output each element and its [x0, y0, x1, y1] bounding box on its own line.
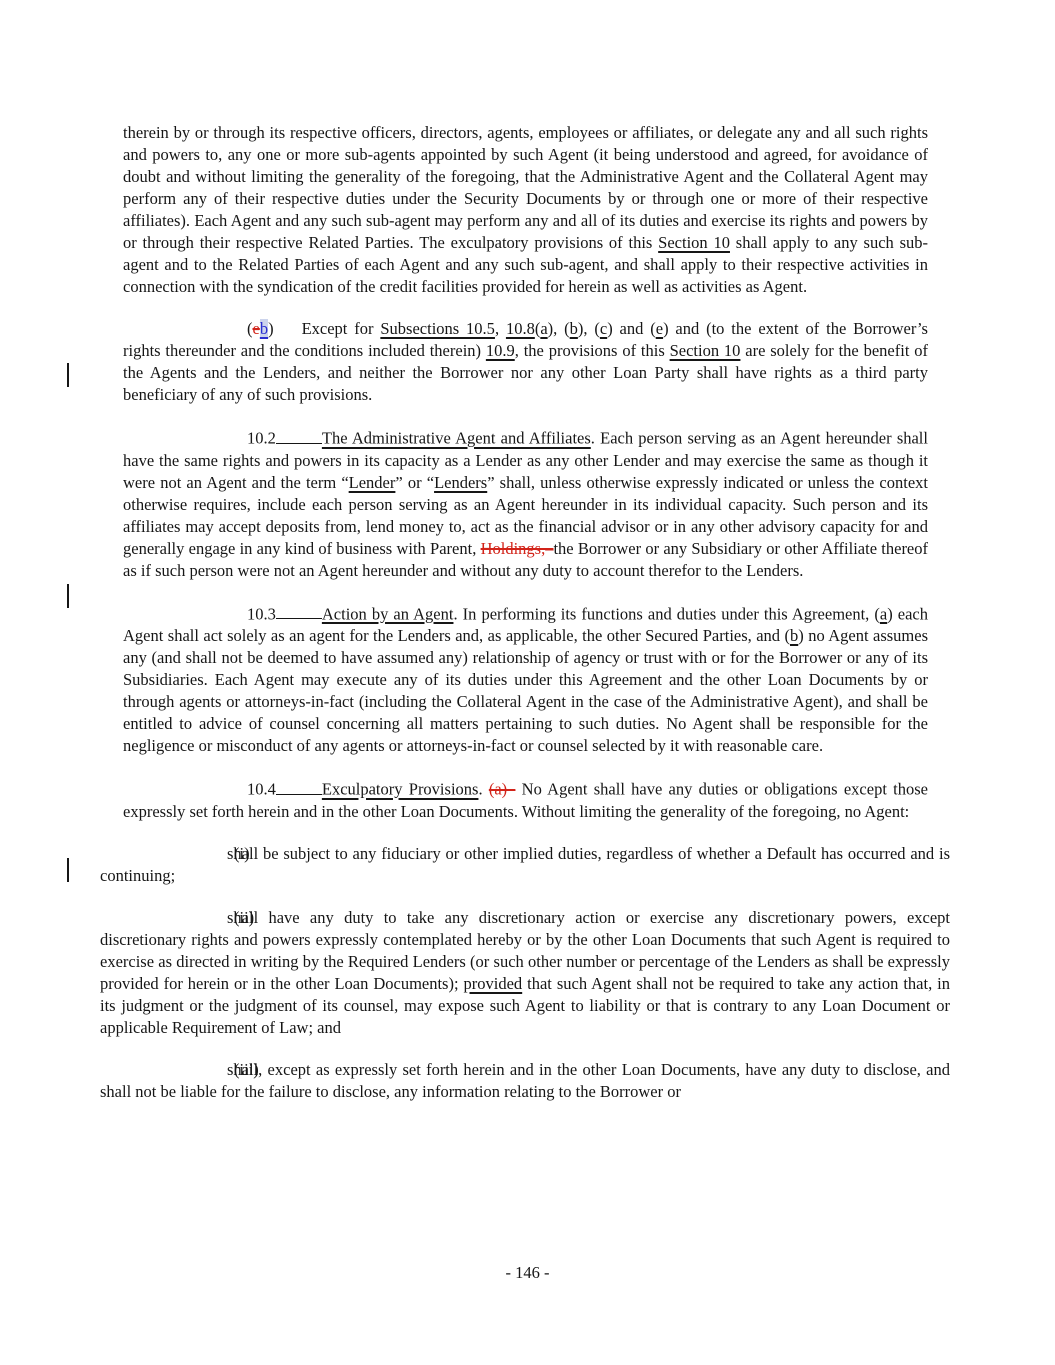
paragraph-romanette-i: (i)shall be subject to any fiduciary or … [100, 843, 950, 887]
cross-ref-section-10: Section 10 [670, 341, 741, 360]
cross-ref-letter: b [790, 626, 798, 645]
deleted-text: Holdings,– [481, 539, 554, 558]
section-title: The Administrative Agent and Affiliates [322, 429, 591, 448]
paragraph-sub-agents: therein by or through its respective off… [123, 122, 928, 298]
text-run: . [478, 780, 488, 799]
cross-ref-subsections: Subsections 10.5 [380, 319, 495, 338]
change-bar [67, 858, 69, 882]
cross-ref-10-8: 10.8 [506, 319, 535, 338]
deleted-text: e [253, 319, 260, 338]
clause-marker: (ii) [167, 907, 227, 929]
tab-underline [276, 426, 322, 444]
paragraph-romanette-ii: (ii)shall have any duty to take any disc… [100, 907, 950, 1039]
section-number: 10.3 [247, 604, 276, 623]
text-run: ) no Agent assumes any (and shall not be… [123, 626, 928, 755]
text-run: No Agent shall have any duties or obliga… [123, 780, 928, 821]
document-page: therein by or through its respective off… [0, 0, 1055, 1365]
section-number: 10.2 [247, 429, 276, 448]
text-run: . In performing its functions and duties… [453, 604, 879, 623]
defined-term-lender: Lender [349, 473, 396, 492]
page-content: therein by or through its respective off… [123, 122, 928, 1123]
text-run: , [495, 319, 506, 338]
cross-ref-section-10: Section 10 [658, 233, 730, 252]
text-run: , the provisions of this [515, 341, 670, 360]
clause-marker: (iii) [167, 1059, 227, 1081]
cross-ref-letter: e [656, 319, 663, 338]
text-run: ” or “ [395, 473, 434, 492]
cross-ref-letter: a [540, 319, 547, 338]
text-run: Except for [302, 319, 381, 338]
paragraph-section-10-3: 10.3Action by an Agent. In performing it… [123, 602, 928, 758]
change-bar [67, 584, 69, 608]
section-title: Action by an Agent [322, 604, 454, 623]
defined-term-lenders: Lenders [434, 473, 487, 492]
defined-term-provided: provided [464, 974, 523, 993]
cross-ref-letter: b [570, 319, 578, 338]
text-run: shall, except as expressly set forth her… [100, 1060, 950, 1101]
page-number: - 146 - [0, 1262, 1055, 1284]
text-run: ), ( [548, 319, 570, 338]
text-run: ) and ( [607, 319, 656, 338]
text-run: shall be subject to any fiduciary or oth… [100, 844, 950, 885]
paragraph-romanette-iii: (iii)shall, except as expressly set fort… [100, 1059, 950, 1103]
clause-marker: (i) [167, 843, 227, 865]
tab-underline [276, 602, 322, 620]
paragraph-section-10-4: 10.4Exculpatory Provisions. (a)– No Agen… [123, 777, 928, 823]
tab-underline [276, 777, 322, 795]
section-title: Exculpatory Provisions [322, 780, 479, 799]
inserted-text: b [260, 319, 268, 338]
text-run: ) [268, 319, 274, 338]
text-run: ), ( [578, 319, 600, 338]
paragraph-section-10-2: 10.2The Administrative Agent and Affilia… [123, 426, 928, 582]
section-number: 10.4 [247, 780, 276, 799]
deleted-text: (a)– [489, 780, 516, 799]
change-bar [67, 363, 69, 387]
cross-ref-10-9: 10.9 [486, 341, 515, 360]
paragraph-clause-b: (eb)Except for Subsections 10.5, 10.8(a)… [123, 318, 928, 406]
